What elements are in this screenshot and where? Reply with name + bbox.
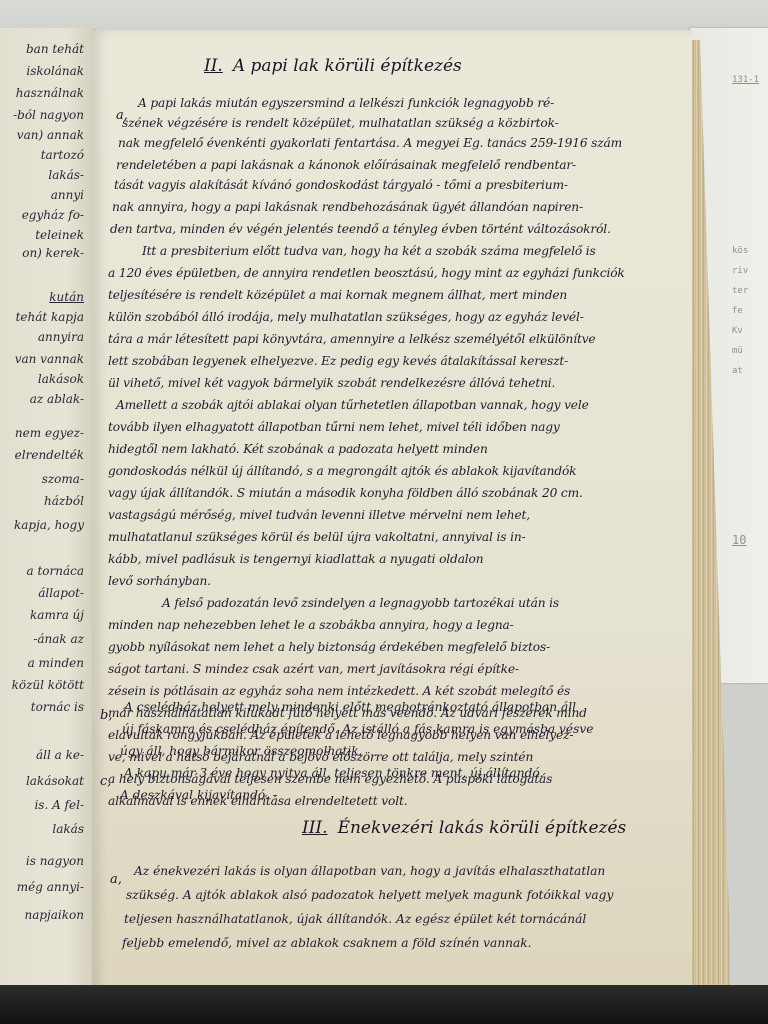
text-line: tovább ilyen elhagyatott állapotban tűrn… bbox=[108, 420, 560, 434]
text-line: ül vihető, mivel két vagyok bármelyik sz… bbox=[108, 376, 555, 390]
text-line: den tartva, minden év végén jelentés tee… bbox=[110, 222, 611, 236]
paper-line: kös bbox=[732, 246, 748, 256]
text-line: mulhatatlanul szükséges körül és belül ú… bbox=[108, 530, 526, 544]
text-line: új fáskamra és cselédház építendő. Az is… bbox=[122, 722, 593, 736]
left-line: használnak bbox=[16, 86, 84, 100]
text-line: minden nap nehezebben lehet le a szobákb… bbox=[108, 618, 514, 632]
left-line: még annyi- bbox=[17, 880, 84, 894]
text-line: teljesítésére is rendelt középület a mai… bbox=[108, 288, 567, 302]
section-title: Énekvezéri lakás körüli építkezés bbox=[338, 818, 627, 838]
item-marker-b: b, bbox=[100, 708, 112, 723]
left-line: állapot- bbox=[38, 586, 84, 600]
paper-line: fe bbox=[732, 306, 743, 316]
left-line: kapja, hogy bbox=[14, 518, 84, 532]
left-line: is nagyon bbox=[26, 854, 84, 868]
left-line: egyház fo- bbox=[22, 208, 84, 222]
left-line: tehát kapja bbox=[16, 310, 84, 324]
left-line: szoma- bbox=[42, 472, 84, 486]
item-marker-a: a, bbox=[110, 872, 122, 887]
section-iii-heading: III.Énekvezéri lakás körüli építkezés bbox=[302, 818, 626, 838]
left-line: annyira bbox=[38, 330, 84, 344]
paper-line: ter bbox=[732, 286, 748, 296]
text-line: Itt a presbiterium előtt tudva van, hogy… bbox=[142, 244, 596, 258]
left-line: is. A fel- bbox=[34, 798, 84, 812]
left-line: -ának az bbox=[33, 632, 84, 646]
left-line: közül kötött bbox=[12, 678, 84, 692]
left-line: kamra új bbox=[30, 608, 84, 622]
text-line: levő sorhányban. bbox=[108, 574, 211, 588]
manuscript-page: II.A papi lak körüli építkezés a, A papi… bbox=[92, 30, 692, 995]
text-line: lett szobában legyenek elhelyezve. Ez pe… bbox=[108, 354, 568, 368]
text-line: A felső padozatán levő zsindelyen a legn… bbox=[162, 596, 559, 610]
paper-line: Kv bbox=[732, 326, 743, 336]
left-line: nem egyez- bbox=[15, 426, 84, 440]
text-line: Amellett a szobák ajtói ablakai olyan tű… bbox=[116, 398, 589, 412]
text-line: feljebb emelendő, mivel az ablakok csakn… bbox=[122, 936, 532, 950]
left-line: az ablak- bbox=[30, 392, 84, 406]
text-line: szének végzésére is rendelt középület, m… bbox=[122, 116, 559, 130]
left-line: házból bbox=[44, 494, 84, 508]
left-line: teleinek bbox=[35, 228, 84, 242]
paper-line: at bbox=[732, 366, 743, 376]
left-line: lakás bbox=[52, 822, 84, 836]
left-line: van) annak bbox=[17, 128, 84, 142]
text-line: vastagságú mérőség, mivel tudván levenni… bbox=[108, 508, 530, 522]
text-line: a 120 éves épületben, de annyira rendetl… bbox=[108, 266, 625, 280]
left-page: ban tehát iskolának használnak -ból nagy… bbox=[0, 28, 95, 1006]
text-line: szükség. A ajtók ablakok alsó padozatok … bbox=[126, 888, 613, 902]
section-number: III. bbox=[302, 818, 328, 838]
left-line: kután bbox=[49, 290, 84, 304]
left-line: lakásokat bbox=[26, 774, 84, 788]
paper-number: 10 bbox=[732, 533, 746, 547]
item-marker-c: c, bbox=[100, 774, 111, 789]
text-line: A cselédház helyett mely mindenki előtt … bbox=[124, 700, 576, 714]
left-line: van vannak bbox=[15, 352, 84, 366]
left-line: on) kerek- bbox=[22, 246, 84, 260]
left-line: annyi bbox=[51, 188, 84, 202]
text-line: tára a már létesített papi könyvtára, am… bbox=[108, 332, 596, 346]
text-line: A kapu már 3 éve hogy nyitva áll, teljes… bbox=[124, 766, 543, 780]
text-line: ságot tartani. S mindez csak azért van, … bbox=[108, 662, 519, 676]
text-line: külön szobából álló irodája, mely mulhat… bbox=[108, 310, 584, 324]
text-line: gondoskodás nélkül új állítandó, s a meg… bbox=[108, 464, 576, 478]
paper-line: mü bbox=[732, 346, 743, 356]
paper-header: 131-1 bbox=[732, 75, 759, 85]
left-line: áll a ke- bbox=[36, 748, 84, 762]
text-line: Az énekvezéri lakás is olyan állapotban … bbox=[134, 864, 605, 878]
left-line: lakások bbox=[38, 372, 84, 386]
left-line: elrendelték bbox=[15, 448, 84, 462]
section-title: A papi lak körüli építkezés bbox=[233, 56, 462, 76]
left-line: -ból nagyon bbox=[13, 108, 84, 122]
left-line: a minden bbox=[28, 656, 84, 670]
text-line: tását vagyis alakítását kívánó gondoskod… bbox=[114, 178, 568, 192]
text-line: gyobb nyílásokat nem lehet a hely bizton… bbox=[108, 640, 550, 654]
section-number: II. bbox=[204, 56, 223, 76]
text-line: úgy áll, hogy bármikor összeomolhatik. bbox=[120, 744, 363, 758]
left-line: ban tehát bbox=[26, 42, 84, 56]
text-line: nak megfelelő évenkénti gyakorlati fenta… bbox=[118, 136, 622, 150]
section-ii-heading: II.A papi lak körüli építkezés bbox=[204, 56, 462, 76]
left-line: iskolának bbox=[26, 64, 84, 78]
left-line: lakás- bbox=[48, 168, 84, 182]
text-line: kább, mivel padlásuk is tengernyi kiadla… bbox=[108, 552, 483, 566]
text-line: rendeletében a papi lakásnak a kánonok e… bbox=[116, 158, 576, 172]
text-line: A papi lakás miután egyszersmind a lelké… bbox=[138, 96, 554, 110]
text-line: A deszkával kijavítandó. - bbox=[120, 788, 277, 802]
left-line: napjaikon bbox=[24, 908, 84, 922]
left-line: tornác is bbox=[31, 700, 84, 714]
text-line: hidegtől nem lakható. Két szobának a pad… bbox=[108, 442, 488, 456]
text-line: nak annyira, hogy a papi lakásnak rendbe… bbox=[112, 200, 583, 214]
dark-table-surface bbox=[0, 985, 768, 1024]
text-line: teljesen használhatatlanok, újak állítan… bbox=[124, 912, 586, 926]
text-line: zésein is pótlásain az egyház soha nem i… bbox=[108, 684, 570, 698]
left-line: tartozó bbox=[41, 148, 84, 162]
text-line: vagy újak állítandók. S miután a második… bbox=[108, 486, 583, 500]
left-line: a tornáca bbox=[26, 564, 84, 578]
paper-line: riv bbox=[732, 266, 748, 276]
